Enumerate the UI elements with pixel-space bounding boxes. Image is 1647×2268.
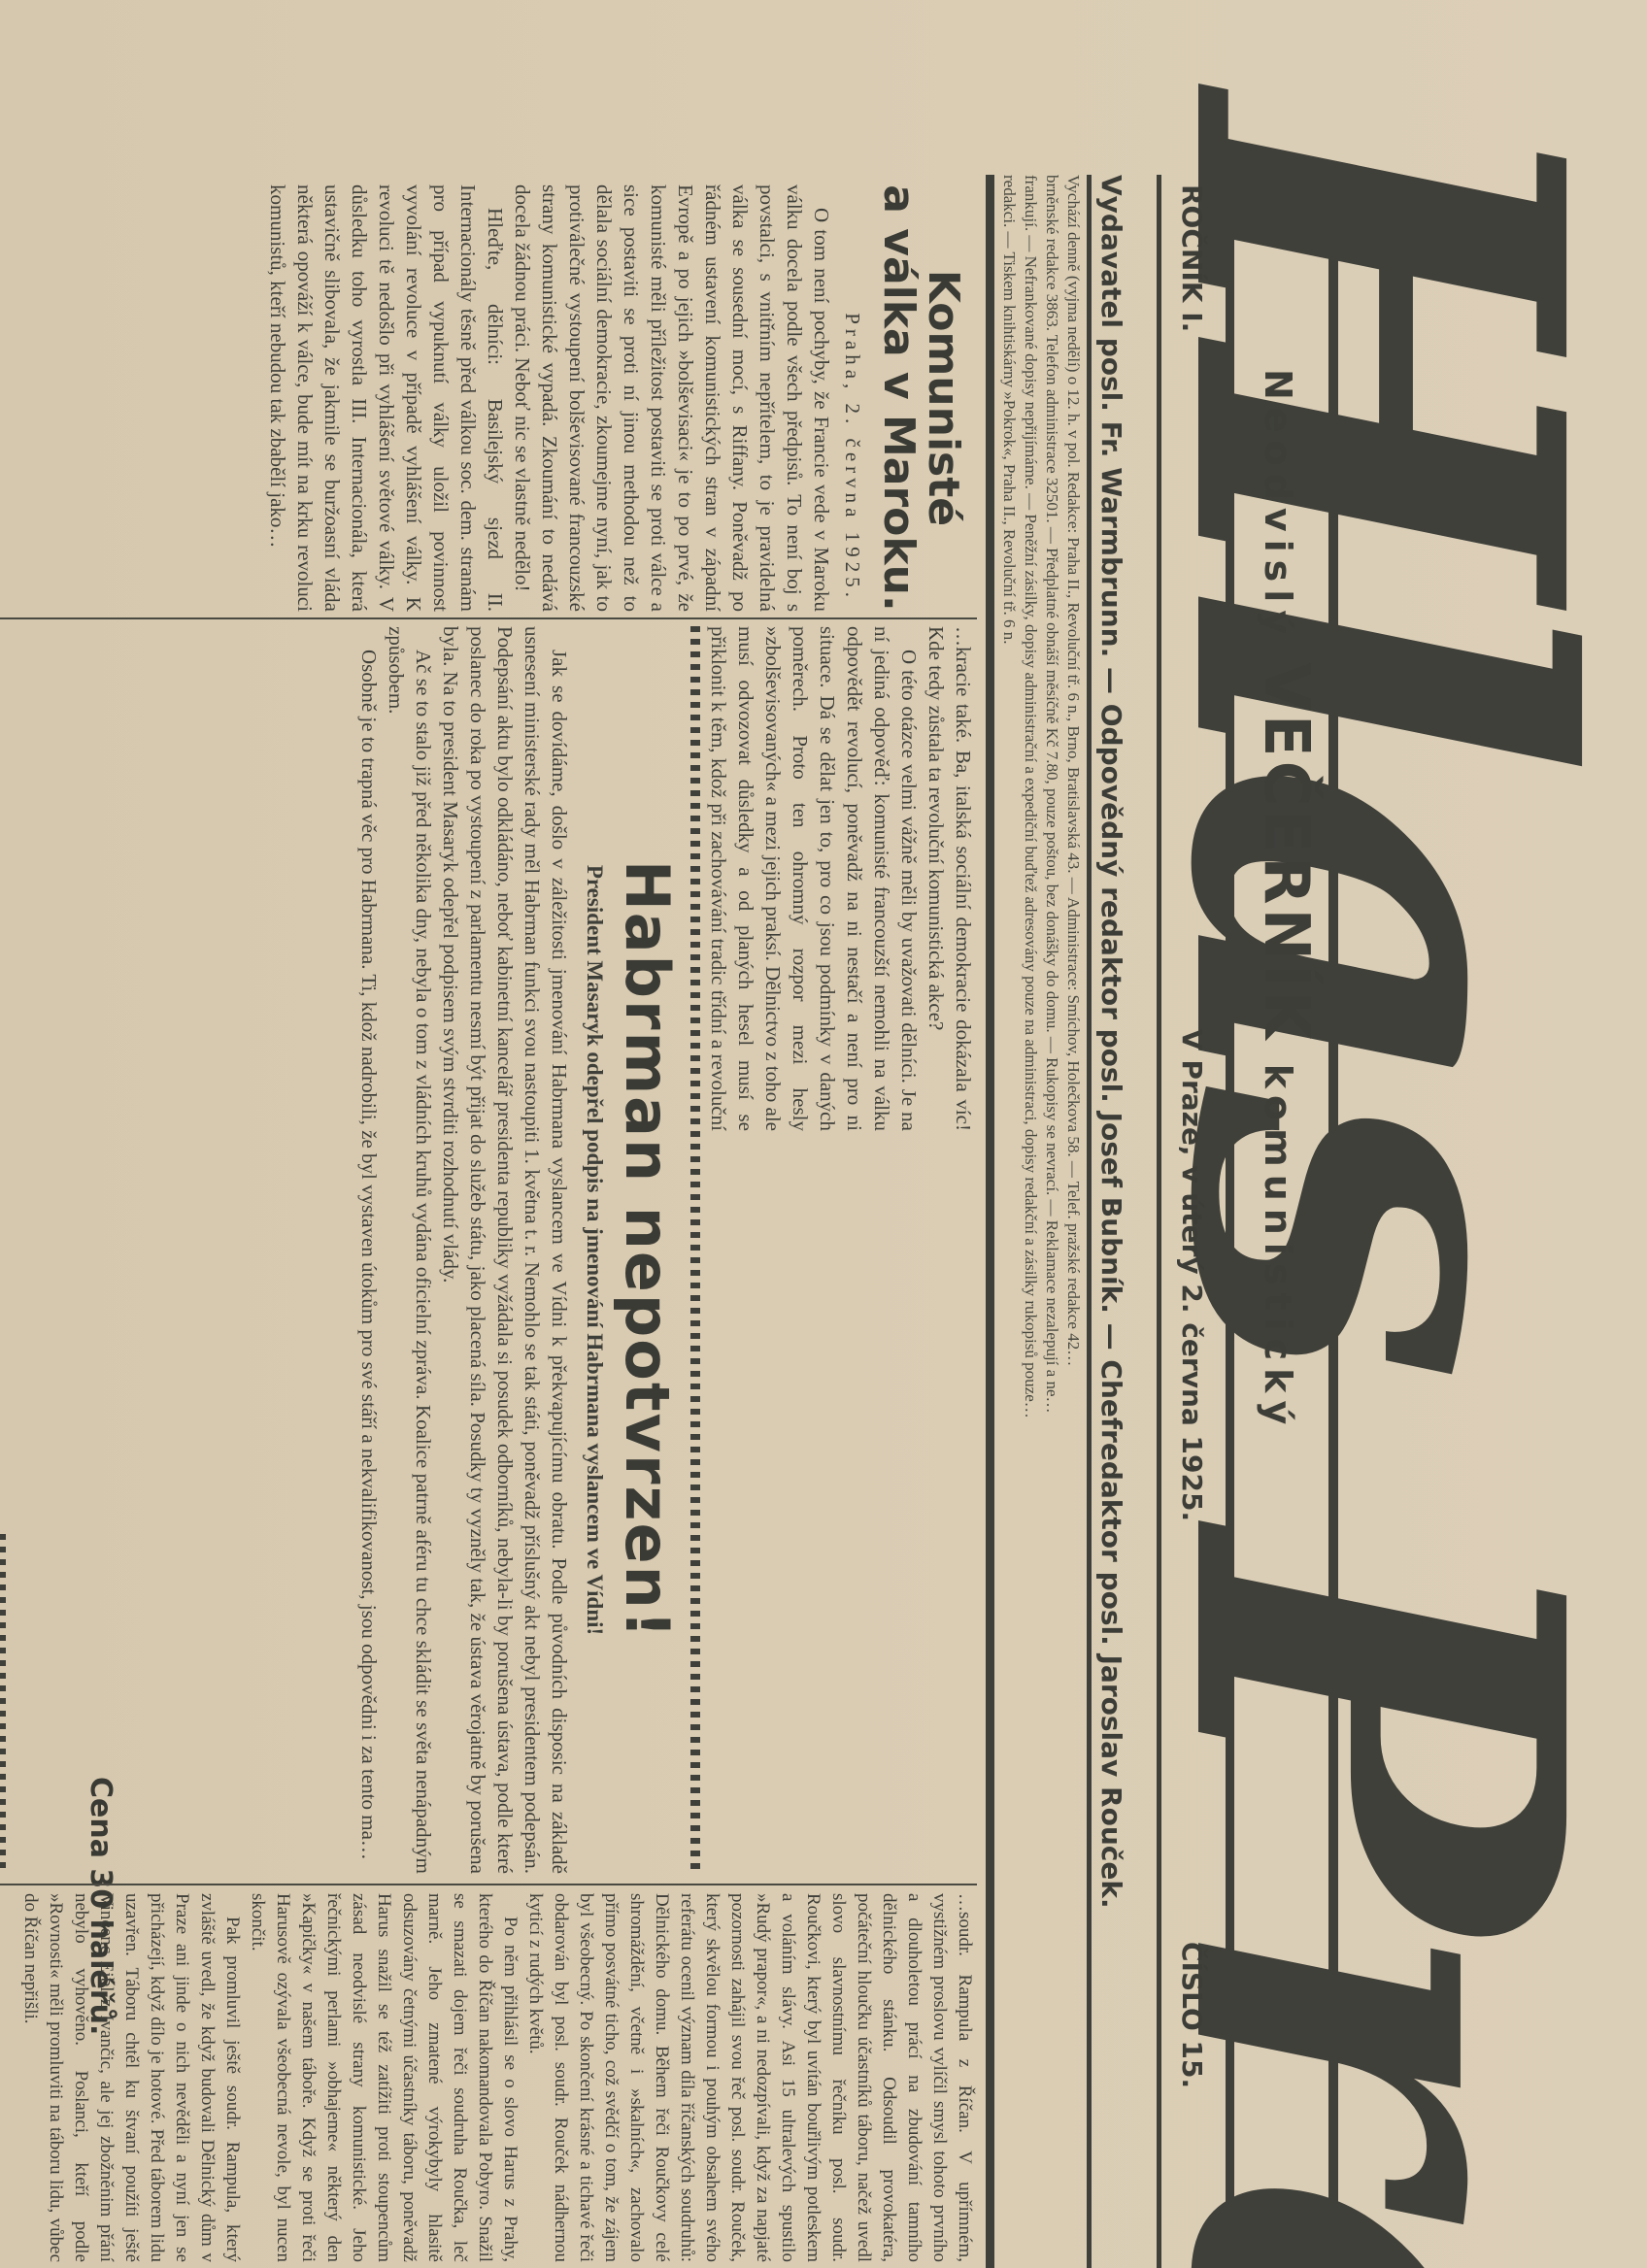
paragraph: Ač se to stalo již před několika dny, ne… <box>383 626 437 1874</box>
headline-line-1: Komunisté <box>921 184 965 612</box>
ornamental-divider <box>690 626 700 1874</box>
paragraph: Jak se dovídáme, došlo v záležitosti jme… <box>437 626 573 1874</box>
headline: Habrman nepotvrzen! <box>608 626 686 1874</box>
paragraph: O této otázce velmi vážně měli by uvažov… <box>705 626 923 1131</box>
paragraph: O tom není pochyby, že Francie vede v Ma… <box>509 184 835 612</box>
newspaper-page: Hlas Pravdy Cena 30 haléřů. Neodvislý VE… <box>0 0 1647 2268</box>
staff-line: Vydavatel posl. Fr. Warmbrunn. — Odpověd… <box>1089 175 1127 2268</box>
paragraph: Osobně je to trapná věc pro Habrmana. Ti… <box>355 626 383 1874</box>
column-rule <box>0 1884 977 1885</box>
info-line: frankují. — Nefrankované dopisy nepřijím… <box>1020 175 1041 2252</box>
issue-number: ČÍSLO 15. <box>1176 1942 1208 2088</box>
masthead-rule-3 <box>1157 175 1161 2268</box>
ornamental-divider-2 <box>0 1534 6 1874</box>
paragraph: …soudr. Rampula z Říčan. V upřímném, vys… <box>522 1893 977 2262</box>
article-morocco: Komunisté a válka v Maroku. Praha, 2. če… <box>0 184 977 612</box>
paragraph: Pak promluvil ještě soudr. Rampula, kter… <box>17 1893 245 2262</box>
article-body: O tom není pochyby, že Francie vede v Ma… <box>264 184 835 612</box>
article-morocco-continued: …kracie také. Ba, italská sociální demok… <box>705 626 977 1131</box>
info-line: Vychází denně (vyjma nedělí) o 12. h. v … <box>1062 175 1084 2252</box>
paragraph: …kracie také. Ba, italská sociální demok… <box>923 626 977 1131</box>
subtitle: Neodvislý VEČERNÍK komunistický <box>1250 369 1322 1432</box>
paragraph: Po něm přihlásil se o slovo Harus z Prah… <box>245 1893 522 2262</box>
article-ricany: …soudr. Rampula z Říčan. V upřímném, vys… <box>0 1893 977 2262</box>
paragraph: Hleďte, dělníci: Basilejský sjezd II. In… <box>264 184 509 612</box>
masthead-top-rule <box>1328 175 1338 2268</box>
subtitle-pre: Neodvislý <box>1257 369 1299 642</box>
dateline: V Praze, v úterý 2. června 1925. <box>1176 1029 1208 1521</box>
volume-date-band: ROČNÍK I. V Praze, v úterý 2. června 192… <box>1161 175 1220 2268</box>
info-line: brněnské redakce 3863. Telefon administr… <box>1041 175 1062 2252</box>
masthead-rule-4 <box>1087 175 1092 2268</box>
article-body: Jak se dovídáme, došlo v záležitosti jme… <box>355 626 573 1874</box>
masthead-rule-2 <box>1226 175 1234 2268</box>
info-line: redakci. — Tiskem knihtiskárny »Pokrok«,… <box>998 175 1020 2252</box>
article-morocco-continued-2: O této otázce velmi vážně měli by uvažov… <box>705 1146 977 1651</box>
article-habrman: Habrman nepotvrzen! President Masaryk od… <box>0 626 686 1874</box>
article-dateline: Praha, 2. června 1925. <box>839 184 866 602</box>
headline-line-2: a válka v Maroku. <box>876 184 921 612</box>
masthead-bottom-rule <box>986 175 994 2268</box>
subtitle-post: komunistický <box>1257 1064 1299 1432</box>
article-body: …soudr. Rampula z Říčan. V upřímném, vys… <box>17 1893 977 2262</box>
subtitle-vecernik: VEČERNÍK <box>1250 662 1322 1043</box>
article-body: …kracie také. Ba, italská sociální demok… <box>705 626 977 1131</box>
publication-info: Vychází denně (vyjma nedělí) o 12. h. v … <box>998 175 1084 2252</box>
subhead: President Masaryk odepřel podpis na jmen… <box>581 626 608 1874</box>
volume-label: ROČNÍK I. <box>1176 184 1208 332</box>
column-rule <box>0 617 977 619</box>
